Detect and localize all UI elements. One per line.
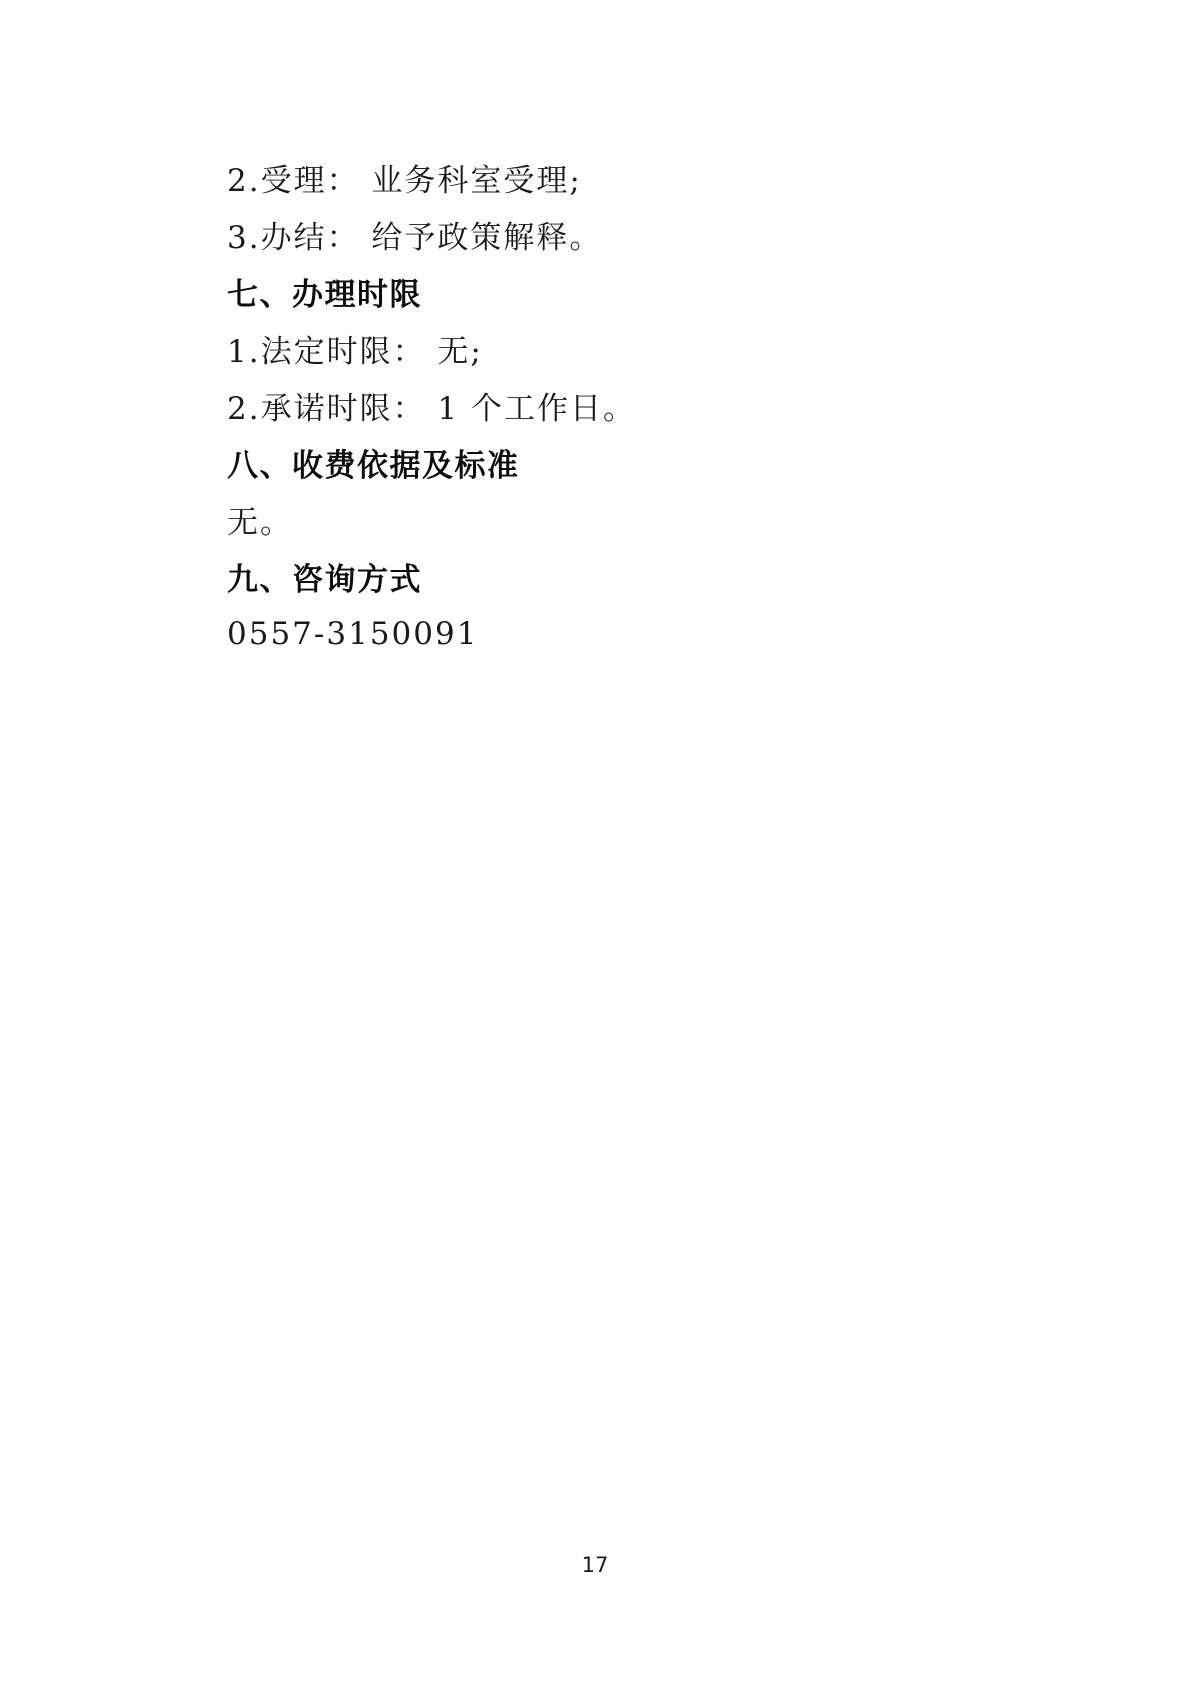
- step-line-accept: 2.受理： 业务科室受理;: [227, 149, 1110, 206]
- section-heading-contact: 九、咨询方式: [227, 548, 1110, 605]
- fees-none-line: 无。: [227, 491, 1110, 548]
- legal-time-limit-line: 1.法定时限： 无;: [227, 320, 1110, 377]
- section-heading-fees: 八、收费依据及标准: [227, 434, 1110, 491]
- promised-time-limit-line: 2.承诺时限： 1 个工作日。: [227, 377, 1110, 434]
- document-page: 2.受理： 业务科室受理; 3.办结： 给予政策解释。 七、办理时限 1.法定时…: [0, 0, 1190, 1683]
- contact-phone-number: 0557-3150091: [227, 605, 1110, 662]
- section-heading-time-limit: 七、办理时限: [227, 263, 1110, 320]
- step-line-complete: 3.办结： 给予政策解释。: [227, 206, 1110, 263]
- document-body: 2.受理： 业务科室受理; 3.办结： 给予政策解释。 七、办理时限 1.法定时…: [227, 149, 1110, 662]
- page-number: 17: [0, 1553, 1190, 1577]
